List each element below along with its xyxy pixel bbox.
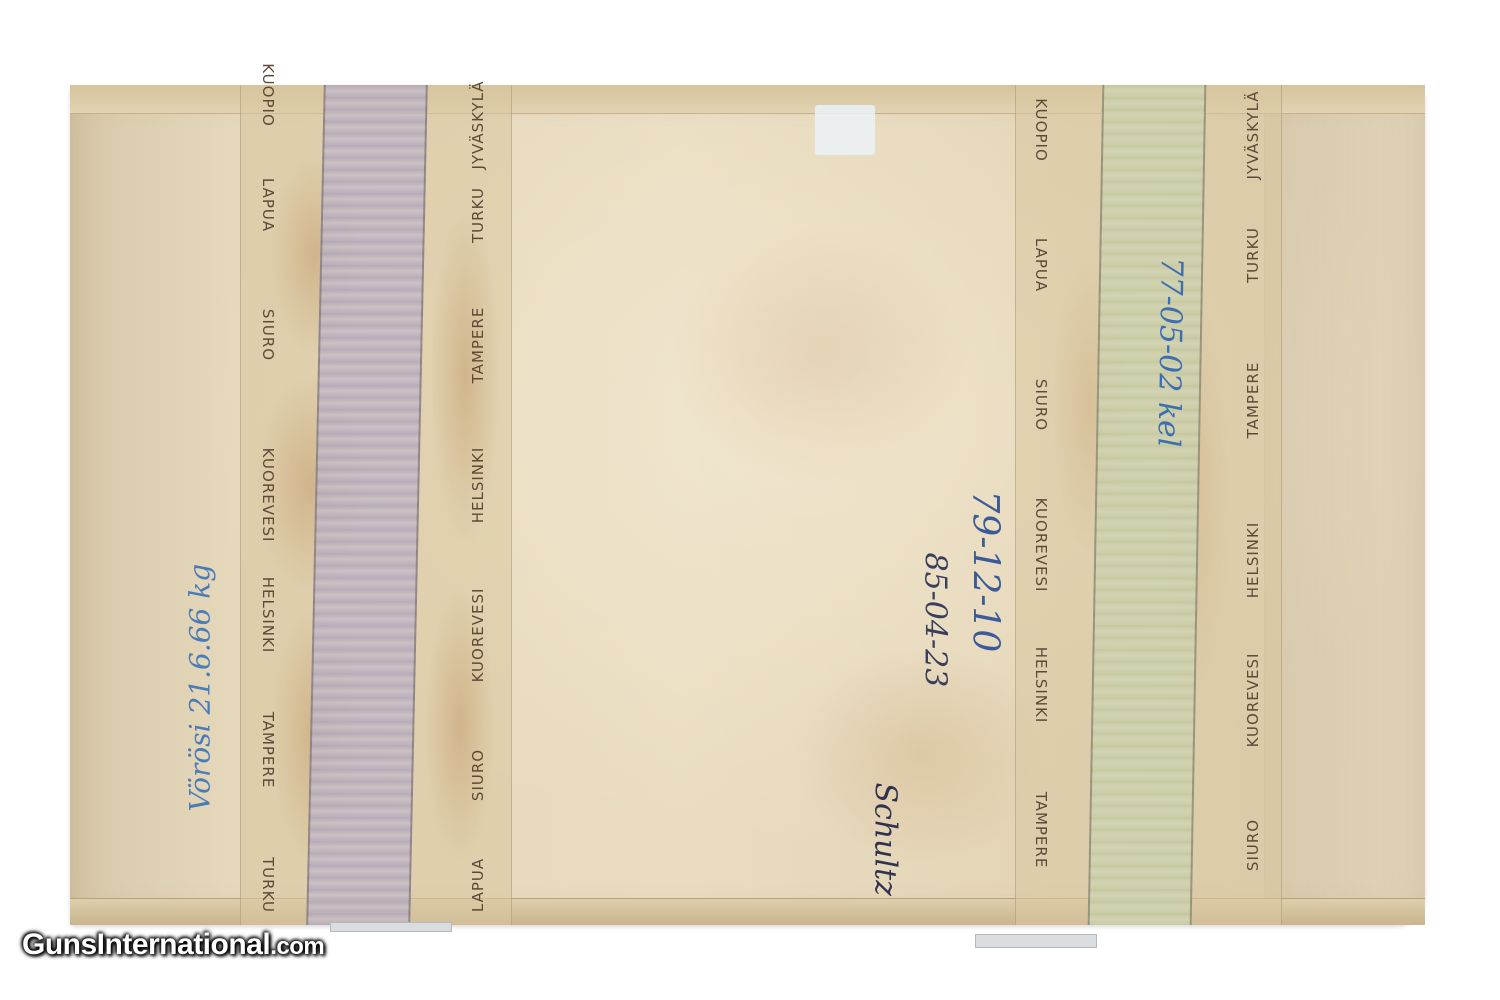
- band-print-text: LAPUA: [1032, 238, 1050, 292]
- band-print-text: JYVÄSKYLÄ: [1244, 90, 1262, 179]
- band-print-text: SIURO: [469, 749, 487, 801]
- left-handwritten-note: Vörösi 21.6.66 kg: [184, 564, 217, 812]
- band-print-text: KUOREVESI: [1244, 653, 1262, 748]
- left-band-inner-text-column: JYVÄSKYLÄ TURKU TAMPERE HELSINKI KUOREVE…: [463, 85, 493, 925]
- ammunition-package: KUOPIO LAPUA SIURO KUOREVESI HELSINKI TA…: [70, 85, 1425, 925]
- band-print-text: TURKU: [259, 857, 277, 913]
- right-band-inner-text-column: JYVÄSKYLÄ TURKU TAMPERE HELSINKI KUOREVE…: [1238, 85, 1268, 925]
- band-print-text: LAPUA: [469, 858, 487, 912]
- right-band-outer-text-column: KUOPIO LAPUA SIURO KUOREVESI HELSINKI TA…: [1026, 85, 1056, 925]
- bottom-edge-object: [975, 934, 1097, 948]
- handwritten-signature: Schultz: [868, 783, 903, 896]
- band-print-text: KUOPIO: [1032, 98, 1050, 162]
- band-print-text: JYVÄSKYLÄ: [469, 80, 487, 169]
- band-print-text: KUOREVESI: [469, 588, 487, 683]
- band-print-text: TURKU: [469, 187, 487, 243]
- center-handwritten-date-1: 79-12-10: [965, 491, 1006, 653]
- band-print-text: TAMPERE: [259, 712, 277, 789]
- band-print-text: SIURO: [259, 309, 277, 361]
- watermark-suffix: .com: [270, 933, 324, 960]
- band-print-text: HELSINKI: [1032, 647, 1050, 724]
- band-print-text: SIURO: [1032, 379, 1050, 431]
- center-handwritten-date-2: 85-04-23: [918, 553, 953, 688]
- left-band-outer-text-column: KUOPIO LAPUA SIURO KUOREVESI HELSINKI TA…: [253, 85, 283, 925]
- watermark-text: GunsInternational: [22, 928, 270, 961]
- band-print-text: HELSINKI: [469, 447, 487, 524]
- band-print-text: KUOREVESI: [259, 448, 277, 543]
- band-print-text: SIURO: [1244, 819, 1262, 871]
- band-print-text: LAPUA: [259, 178, 277, 232]
- tape-handwritten-note: 77-05-02 kel: [1151, 258, 1189, 448]
- band-print-text: TAMPERE: [1032, 792, 1050, 869]
- left-masking-tape: [306, 85, 428, 925]
- band-print-text: KUOREVESI: [1032, 498, 1050, 593]
- band-print-text: HELSINKI: [1244, 522, 1262, 599]
- band-print-text: TAMPERE: [469, 307, 487, 384]
- band-print-text: KUOPIO: [259, 63, 277, 127]
- paper-scuff: [815, 105, 875, 155]
- band-print-text: HELSINKI: [259, 577, 277, 654]
- right-masking-tape: 77-05-02 kel: [1088, 85, 1207, 925]
- gunsinternational-watermark: GunsInternational.com: [22, 928, 324, 962]
- water-stain: [670, 225, 970, 485]
- right-paper-fold: [1264, 85, 1425, 925]
- band-print-text: TURKU: [1244, 227, 1262, 283]
- band-print-text: TAMPERE: [1244, 362, 1262, 439]
- bottom-edge-object: [330, 922, 452, 932]
